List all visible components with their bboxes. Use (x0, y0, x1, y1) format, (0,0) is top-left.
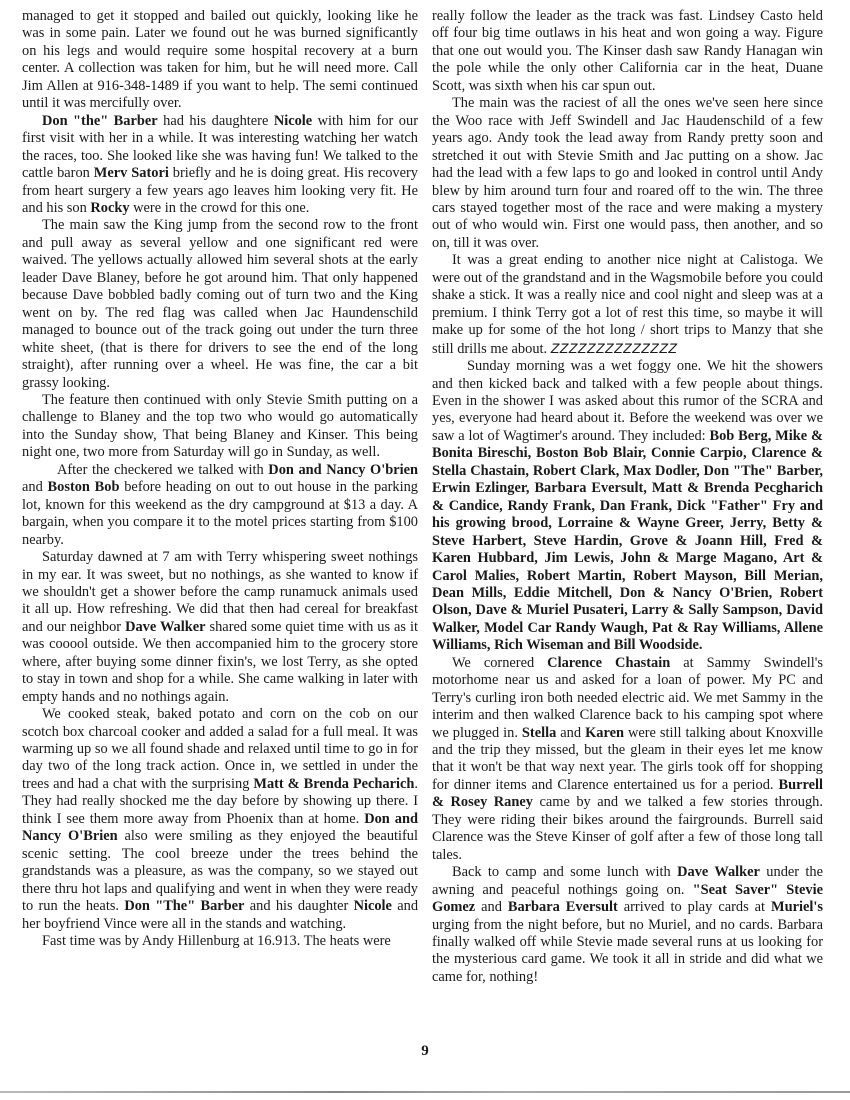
paragraph-text: Back to camp and some lunch with (452, 864, 677, 880)
paragraph: The main was the raciest of all the ones… (432, 95, 823, 252)
paragraph: really follow the leader as the track wa… (432, 8, 823, 95)
paragraph-text: arrived to play cards at (618, 899, 771, 915)
paragraph-text: The main was the raciest of all the ones… (432, 95, 823, 251)
paragraph: Back to camp and some lunch with Dave Wa… (432, 864, 823, 986)
paragraph: We cooked steak, baked potato and corn o… (22, 706, 418, 933)
paragraph: Don "the" Barber had his daughtere Nicol… (22, 113, 418, 218)
paragraph-text: had his daughtere (158, 113, 274, 129)
person-name: Matt & Brenda Pecharich (253, 776, 414, 792)
bottom-rule-divider (0, 1091, 850, 1093)
person-name: Nicole (354, 898, 392, 914)
paragraph-text: Fast time was by Andy Hillenburg at 16.9… (42, 933, 391, 949)
person-name: Merv Satori (94, 165, 169, 181)
paragraph: The feature then continued with only Ste… (22, 392, 418, 462)
right-column: really follow the leader as the track wa… (432, 8, 823, 986)
person-name: Boston Bob (48, 479, 120, 495)
paragraph-text: urging from the night before, but no Mur… (432, 917, 823, 985)
snore-text: ZZZZZZZZZZZZZZ (551, 340, 678, 356)
paragraph-text: The feature then continued with only Ste… (22, 392, 418, 460)
person-name: Don and Nancy O'brien (268, 462, 418, 478)
person-name: Don "the" Barber (42, 113, 158, 129)
person-name: Dave Walker (677, 864, 760, 880)
paragraph: After the checkered we talked with Don a… (22, 462, 418, 549)
person-name: Stella (522, 725, 556, 741)
paragraph: Sunday morning was a wet foggy one. We h… (432, 358, 823, 655)
paragraph-text: and (475, 899, 508, 915)
newsletter-page: managed to get it stopped and bailed out… (0, 0, 850, 1100)
paragraph-text: and his daughter (244, 898, 353, 914)
paragraph: The main saw the King jump from the seco… (22, 217, 418, 392)
paragraph: It was a great ending to another nice ni… (432, 252, 823, 358)
person-name: Nicole (274, 113, 312, 129)
person-name: Barbara Eversult (508, 899, 618, 915)
paragraph: We cornered Clarence Chastain at Sammy S… (432, 655, 823, 864)
attendee-list: Bob Berg, Mike & Bonita Bireschi, Boston… (432, 428, 823, 653)
paragraph-text: and (22, 479, 48, 495)
paragraph-text: The main saw the King jump from the seco… (22, 217, 418, 390)
paragraph-text: We cornered (452, 655, 547, 671)
paragraph: Fast time was by Andy Hillenburg at 16.9… (22, 933, 418, 950)
paragraph-text: managed to get it stopped and bailed out… (22, 8, 418, 111)
paragraph-text: and (556, 725, 585, 741)
person-name: Don "The" Barber (124, 898, 244, 914)
person-name: Muriel's (771, 899, 823, 915)
person-name: Karen (585, 725, 624, 741)
page-number: 9 (0, 1043, 850, 1060)
paragraph-text: After the checkered we talked with (57, 462, 268, 478)
paragraph-text: really follow the leader as the track wa… (432, 8, 823, 94)
person-name: Clarence Chastain (547, 655, 670, 671)
left-column: managed to get it stopped and bailed out… (22, 8, 418, 950)
person-name: Dave Walker (125, 619, 205, 635)
paragraph-text: were in the crowd for this one. (130, 200, 310, 216)
paragraph: managed to get it stopped and bailed out… (22, 8, 418, 113)
person-name: Rocky (90, 200, 129, 216)
paragraph: Saturday dawned at 7 am with Terry whisp… (22, 549, 418, 706)
